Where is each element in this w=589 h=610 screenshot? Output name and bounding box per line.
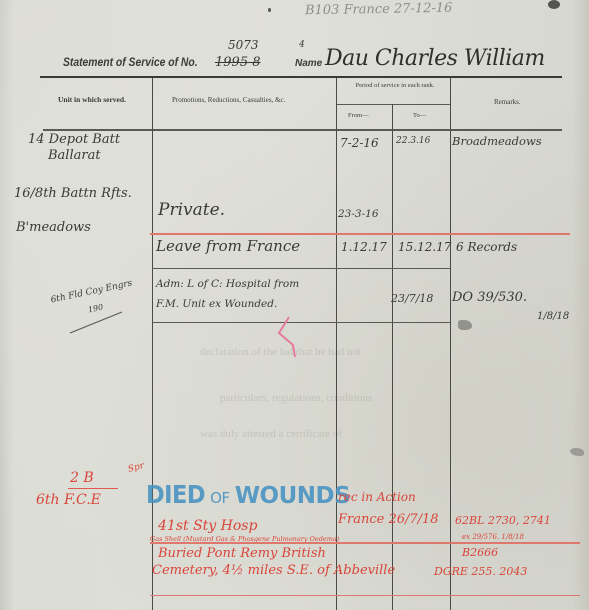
col-divider-1 xyxy=(152,78,153,610)
service-number-new: 5073 xyxy=(228,38,259,52)
row4-remarks: DO 39/530. xyxy=(452,290,527,305)
row1-from: 7-2-16 xyxy=(340,136,379,150)
header-bottom-rule xyxy=(43,129,562,131)
col-divider-3 xyxy=(392,104,393,610)
ink-stain xyxy=(570,448,584,456)
col-header-period: Period of service in each rank. xyxy=(340,81,450,90)
row4-unit: 6th Fld Coy Engrs xyxy=(50,278,133,305)
red-rule xyxy=(150,595,580,596)
died-of-wounds-stamp: DIED OF WOUNDS xyxy=(146,480,350,509)
col-header-to: To— xyxy=(413,112,426,119)
bleedthrough-text: particulars, regulations, conditions xyxy=(220,392,372,404)
col-header-remarks: Remarks. xyxy=(494,98,521,106)
casualty-unit-note: 6th F.C.E xyxy=(36,492,101,508)
casualty-hospital: 41st Sty Hosp xyxy=(158,518,257,534)
row1-remarks: Broadmeadows xyxy=(452,134,542,148)
row4-unit-line2: 190 xyxy=(87,303,104,315)
col-header-promotions: Promotions, Reductions, Casualties, &c. xyxy=(172,96,285,104)
row3-to: 15.12.17 xyxy=(398,240,451,254)
name-label: Name xyxy=(295,58,322,69)
col-divider-4 xyxy=(450,78,451,610)
table-top-rule xyxy=(40,76,562,78)
row-rule xyxy=(152,268,450,269)
ink-stain xyxy=(458,320,472,330)
row4-remarks-line2: 1/8/18 xyxy=(537,311,569,322)
row4-promotion-line2: F.M. Unit ex Wounded. xyxy=(156,298,277,310)
ink-stain xyxy=(268,8,271,12)
red-rule xyxy=(150,542,580,544)
casualty-location-date: France 26/7/18 xyxy=(338,512,439,527)
casualty-unit-note-top: 2 B xyxy=(70,470,94,486)
name-value: Dau Charles William xyxy=(325,46,545,71)
row1-to: 22.3.16 xyxy=(396,136,430,146)
stamp-word-died: DIED xyxy=(146,480,205,509)
col-divider-2 xyxy=(336,78,337,610)
row3-remarks: 6 Records xyxy=(456,240,517,254)
pink-check-mark-icon xyxy=(275,315,305,360)
service-number-old: 1995 8 xyxy=(215,55,261,70)
casualty-ref3: B2666 xyxy=(462,546,498,559)
diagonal-stroke xyxy=(70,312,122,334)
casualty-ref1: 62BL 2730, 2741 xyxy=(455,514,551,527)
service-record-page: B103 France 27-12-16 Statement of Servic… xyxy=(0,0,589,610)
bleedthrough-text: was duly attested a certificate of xyxy=(200,428,342,440)
casualty-buried-line1: Buried Pont Remy British xyxy=(158,546,326,561)
stamp-word-of: OF xyxy=(210,489,229,507)
stamp-word-wounds: WOUNDS xyxy=(235,483,351,509)
row3-from: 1.12.17 xyxy=(341,240,387,254)
casualty-ref2: ex 29/576. 1/8/18 xyxy=(462,533,524,541)
casualty-buried-line2: Cemetery, 4½ miles S.E. of Abbeville xyxy=(152,563,395,578)
row2-from: 23-3-16 xyxy=(338,208,379,220)
red-rule xyxy=(150,233,570,235)
row4-promotion: Adm: L of C: Hospital from xyxy=(156,278,299,290)
superscript-mark: 4 xyxy=(299,40,305,50)
row1-unit: 14 Depot Batt xyxy=(28,132,120,147)
ink-stain xyxy=(548,0,560,9)
col-header-unit: Unit in which served. xyxy=(58,95,126,104)
row3-promotion: Leave from France xyxy=(156,237,300,255)
casualty-ref4: DGRE 255. 2043 xyxy=(434,565,527,578)
row1-unit-line2: Ballarat xyxy=(48,148,101,163)
statement-label: Statement of Service of No. xyxy=(63,57,198,69)
row4-to: 23/7/18 xyxy=(391,292,433,305)
row2-promotion: Private. xyxy=(158,200,225,220)
top-note: B103 France 27-12-16 xyxy=(305,1,453,19)
row2-unit: 16/8th Battn Rfts. xyxy=(14,186,132,201)
underline-stroke xyxy=(68,488,118,489)
row2-unit-line2: B'meadows xyxy=(16,220,91,235)
col-header-from: From— xyxy=(348,112,369,119)
period-divider xyxy=(337,104,450,105)
casualty-action: rec in Action xyxy=(338,490,416,504)
casualty-unit-note-sup: Spr xyxy=(127,461,145,475)
